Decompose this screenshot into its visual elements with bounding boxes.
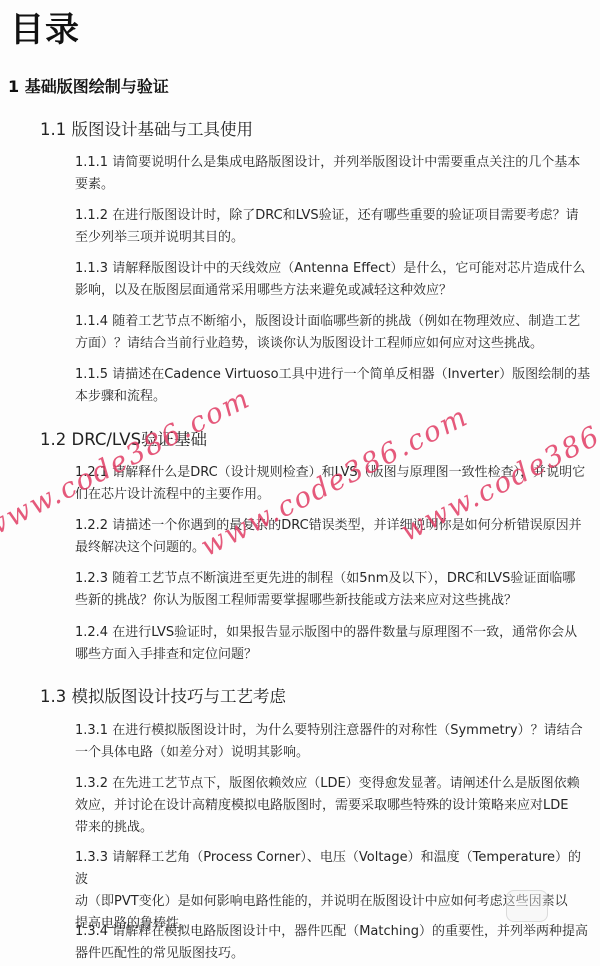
question-1-3-1: 1.3.1 在进行模拟版图设计时，为什么要特别注意器件的对称性（Symmetry… (75, 720, 593, 764)
question-line: 1.3.1 在进行模拟版图设计时，为什么要特别注意器件的对称性（Symmetry… (75, 720, 593, 742)
question-1-1-2: 1.1.2 在进行版图设计时，除了DRC和LVS验证，还有哪些重要的验证项目需要… (75, 205, 593, 249)
question-line: 要素。 (75, 174, 593, 196)
question-line: 1.3.4 请解释在模拟电路版图设计中，器件匹配（Matching）的重要性，并… (75, 921, 593, 943)
chapter-heading: 1 基础版图绘制与验证 (8, 74, 169, 97)
question-line: 一个具体电路（如差分对）说明其影响。 (75, 742, 593, 764)
question-line: 1.2.4 在进行LVS验证时，如果报告显示版图中的器件数量与原理图不一致，通常… (75, 622, 593, 644)
question-1-1-5: 1.1.5 请描述在Cadence Virtuoso工具中进行一个简单反相器（I… (75, 364, 593, 408)
question-1-1-4: 1.1.4 随着工艺节点不断缩小，版图设计面临哪些新的挑战（例如在物理效应、制造… (75, 311, 593, 355)
question-line: 器件匹配性的常见版图技巧。 (75, 943, 593, 965)
question-1-3-4: 1.3.4 请解释在模拟电路版图设计中，器件匹配（Matching）的重要性，并… (75, 921, 593, 965)
question-line: 哪些方面入手排查和定位问题？ (75, 644, 593, 666)
question-1-2-1: 1.2.1 请解释什么是DRC（设计规则检查）和LVS（版图与原理图一致性检查）… (75, 462, 593, 506)
section-heading-1-1: 1.1 版图设计基础与工具使用 (40, 116, 253, 140)
question-line: 1.2.1 请解释什么是DRC（设计规则检查）和LVS（版图与原理图一致性检查）… (75, 462, 593, 484)
page-title: 目录 (10, 2, 80, 51)
question-line: 1.3.2 在先进工艺节点下，版图依赖效应（LDE）变得愈发显著。请阐述什么是版… (75, 773, 593, 795)
corner-badge (506, 890, 548, 922)
question-line: 方面）？请结合当前行业趋势，谈谈你认为版图设计工程师应如何应对这些挑战。 (75, 333, 593, 355)
question-line: 至少列举三项并说明其目的。 (75, 227, 593, 249)
question-1-2-2: 1.2.2 请描述一个你遇到的最复杂的DRC错误类型，并详细说明你是如何分析错误… (75, 515, 593, 559)
question-line: 1.2.3 随着工艺节点不断演进至更先进的制程（如5nm及以下），DRC和LVS… (75, 568, 593, 590)
question-line: 本步骤和流程。 (75, 386, 593, 408)
question-1-1-1: 1.1.1 请简要说明什么是集成电路版图设计，并列举版图设计中需要重点关注的几个… (75, 152, 593, 196)
question-line: 效应，并讨论在设计高精度模拟电路版图时，需要采取哪些特殊的设计策略来应对LDE (75, 795, 593, 817)
question-line: 1.2.2 请描述一个你遇到的最复杂的DRC错误类型，并详细说明你是如何分析错误… (75, 515, 593, 537)
question-line: 1.1.1 请简要说明什么是集成电路版图设计，并列举版图设计中需要重点关注的几个… (75, 152, 593, 174)
question-line: 些新的挑战？你认为版图工程师需要掌握哪些新技能或方法来应对这些挑战？ (75, 590, 593, 612)
question-line: 1.1.3 请解释版图设计中的天线效应（Antenna Effect）是什么，它… (75, 258, 593, 280)
question-1-1-3: 1.1.3 请解释版图设计中的天线效应（Antenna Effect）是什么，它… (75, 258, 593, 302)
question-line: 们在芯片设计流程中的主要作用。 (75, 484, 593, 506)
question-1-3-2: 1.3.2 在先进工艺节点下，版图依赖效应（LDE）变得愈发显著。请阐述什么是版… (75, 773, 593, 839)
question-line: 1.1.2 在进行版图设计时，除了DRC和LVS验证，还有哪些重要的验证项目需要… (75, 205, 593, 227)
question-line: 最终解决这个问题的。 (75, 537, 593, 559)
question-line: 1.1.4 随着工艺节点不断缩小，版图设计面临哪些新的挑战（例如在物理效应、制造… (75, 311, 593, 333)
section-heading-1-3: 1.3 模拟版图设计技巧与工艺考虑 (40, 683, 286, 707)
question-1-2-4: 1.2.4 在进行LVS验证时，如果报告显示版图中的器件数量与原理图不一致，通常… (75, 622, 593, 666)
question-1-2-3: 1.2.3 随着工艺节点不断演进至更先进的制程（如5nm及以下），DRC和LVS… (75, 568, 593, 612)
question-line: 影响，以及在版图层面通常采用哪些方法来避免或减轻这种效应？ (75, 280, 593, 302)
section-heading-1-2: 1.2 DRC/LVS验证基础 (40, 426, 207, 450)
question-line: 1.1.5 请描述在Cadence Virtuoso工具中进行一个简单反相器（I… (75, 364, 593, 386)
question-line: 带来的挑战。 (75, 817, 593, 839)
question-line: 1.3.3 请解释工艺角（Process Corner）、电压（Voltage）… (75, 847, 593, 891)
